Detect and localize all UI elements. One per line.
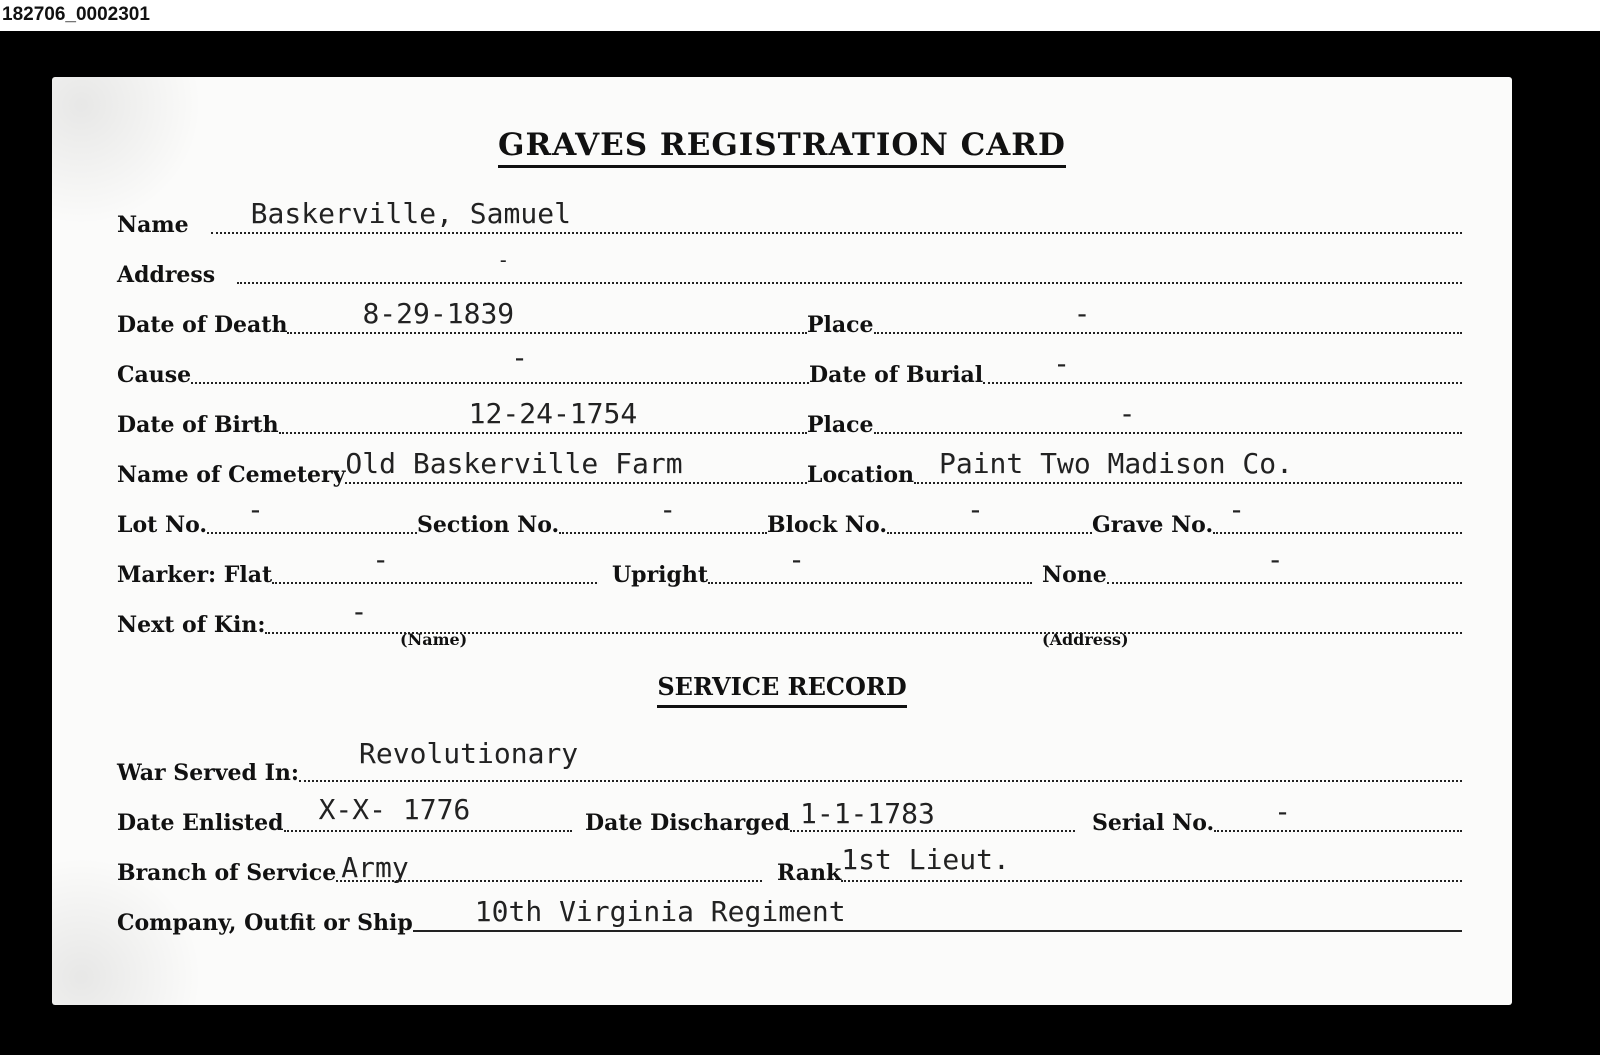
row-enlisted: Date Enlisted X-X- 1776 Date Discharged … — [117, 795, 1462, 835]
branch-field: Army — [336, 856, 762, 882]
birth-place-label: Place — [807, 413, 874, 437]
card-title: GRAVES REGISTRATION CARD — [52, 127, 1512, 163]
lot-no-label: Lot No. — [117, 513, 207, 537]
address-label: Address — [117, 263, 215, 287]
rank-label: Rank — [777, 861, 841, 885]
row-war: War Served In: Revolutionary — [117, 745, 1462, 785]
date-of-burial-label: Date of Burial — [809, 363, 983, 387]
marker-upright-label: Upright — [612, 563, 708, 587]
row-lot: Lot No. - Section No. - Block No. - Grav… — [117, 497, 1462, 537]
row-address: Address - — [117, 247, 1462, 287]
cause-field: - — [191, 358, 809, 384]
marker-flat-label: Marker: Flat — [117, 563, 272, 587]
company-label: Company, Outfit or Ship — [117, 911, 413, 935]
date-of-death-label: Date of Death — [117, 313, 287, 337]
marker-none-label: None — [1042, 563, 1107, 587]
serial-no-label: Serial No. — [1092, 811, 1214, 835]
row-marker: Marker: Flat - Upright - None - — [117, 547, 1462, 587]
location-label: Location — [807, 463, 914, 487]
cause-label: Cause — [117, 363, 191, 387]
rank-field: 1st Lieut. — [841, 856, 1462, 882]
grave-no-field: - — [1213, 508, 1462, 534]
lot-no-field: - — [207, 508, 417, 534]
date-enlisted-label: Date Enlisted — [117, 811, 284, 835]
row-birth: Date of Birth 12-24-1754 Place - — [117, 397, 1462, 437]
name-field: Baskerville, Samuel — [211, 208, 1462, 234]
company-field: 10th Virginia Regiment — [413, 906, 1462, 932]
marker-flat-field: - — [272, 558, 597, 584]
next-of-kin-name-caption: (Name) — [400, 630, 467, 649]
name-label: Name — [117, 213, 189, 237]
war-served-label: War Served In: — [117, 761, 299, 785]
date-of-birth-label: Date of Birth — [117, 413, 279, 437]
row-cause: Cause - Date of Burial - — [117, 347, 1462, 387]
section-no-label: Section No. — [417, 513, 559, 537]
date-enlisted-field: X-X- 1776 — [284, 806, 572, 832]
date-discharged-field: 1-1-1783 — [790, 806, 1075, 832]
death-place-field: - — [874, 308, 1462, 334]
location-field: Paint Two Madison Co. — [914, 458, 1462, 484]
row-name: Name Baskerville, Samuel — [117, 197, 1462, 237]
service-record-title: SERVICE RECORD — [52, 672, 1512, 701]
row-branch: Branch of Service Army Rank 1st Lieut. — [117, 845, 1462, 885]
date-discharged-label: Date Discharged — [585, 811, 790, 835]
war-served-field: Revolutionary — [299, 756, 1462, 782]
row-cemetery: Name of Cemetery Old Baskerville Farm Lo… — [117, 447, 1462, 487]
grave-no-label: Grave No. — [1092, 513, 1213, 537]
date-of-burial-field: - — [983, 358, 1462, 384]
graves-registration-card: GRAVES REGISTRATION CARD Name Baskervill… — [52, 77, 1512, 1005]
cemetery-label: Name of Cemetery — [117, 463, 345, 487]
section-no-field: - — [559, 508, 767, 534]
next-of-kin-address-caption: (Address) — [1042, 630, 1129, 649]
marker-upright-field: - — [708, 558, 1032, 584]
birth-place-field: - — [874, 408, 1462, 434]
block-no-label: Block No. — [767, 513, 887, 537]
next-of-kin-label: Next of Kin: — [117, 613, 265, 637]
branch-label: Branch of Service — [117, 861, 336, 885]
marker-none-field: - — [1107, 558, 1462, 584]
date-of-death-field: 8-29-1839 — [287, 308, 807, 334]
cemetery-field: Old Baskerville Farm — [345, 458, 807, 484]
row-next-of-kin: Next of Kin: - — [117, 597, 1462, 637]
block-no-field: - — [887, 508, 1092, 534]
date-of-birth-field: 12-24-1754 — [279, 408, 807, 434]
file-id: 182706_0002301 — [2, 4, 150, 26]
serial-no-field: - — [1214, 806, 1462, 832]
row-death: Date of Death 8-29-1839 Place - — [117, 297, 1462, 337]
death-place-label: Place — [807, 313, 874, 337]
row-company: Company, Outfit or Ship 10th Virginia Re… — [117, 895, 1462, 935]
address-field: - — [237, 258, 1462, 284]
